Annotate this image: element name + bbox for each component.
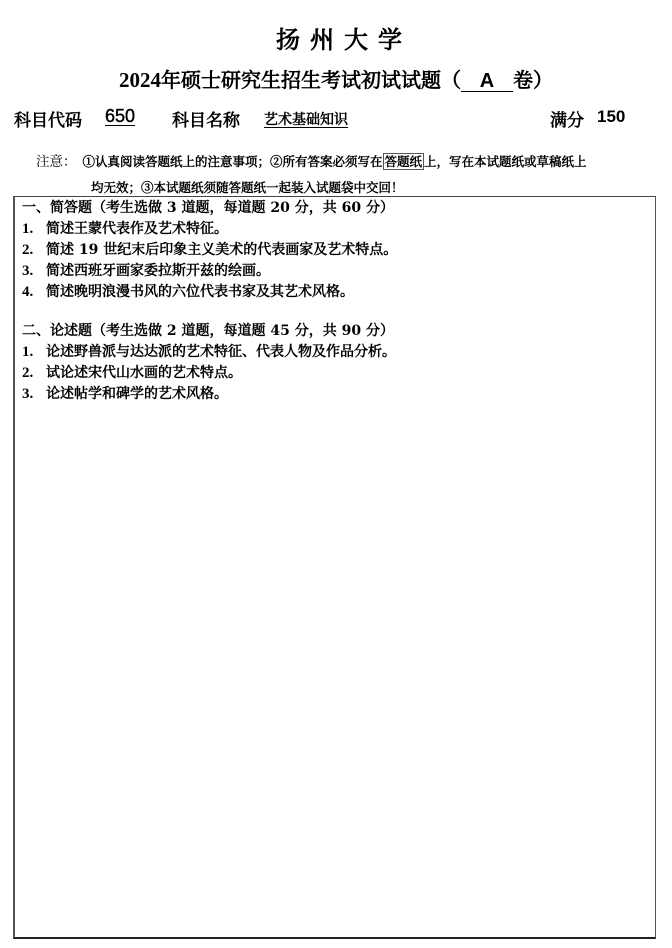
question-text: 论述帖学和碑学的艺术风格。 bbox=[46, 384, 228, 405]
question-number: 1. bbox=[22, 219, 46, 240]
question-item: 2. 试论述宋代山水画的艺术特点。 bbox=[22, 363, 396, 384]
question-text: 简述 19 世纪末后印象主义美术的代表画家及艺术特点。 bbox=[46, 240, 397, 261]
section-heading: 一、简答题（考生选做 3 道题，每道题 20 分，共 60 分） bbox=[22, 198, 397, 219]
notice-label: 注意： bbox=[36, 154, 77, 170]
notice-text-a: ①认真阅读答题纸上的注意事项；②所有答案必须写在 bbox=[83, 154, 383, 169]
notice-text-b: 上，写在本试题纸或草稿纸上 bbox=[424, 154, 587, 169]
exam-year: 2024 bbox=[119, 68, 161, 92]
question-item: 4. 简述晚明浪漫书风的六位代表书家及其艺术风格。 bbox=[22, 282, 397, 303]
question-number: 3. bbox=[22, 384, 46, 405]
question-item: 1. 论述野兽派与达达派的艺术特征、代表人物及作品分析。 bbox=[22, 342, 396, 363]
question-number: 2. bbox=[22, 240, 46, 261]
exam-title-suffix: 卷） bbox=[513, 68, 553, 92]
question-text: 简述王蒙代表作及艺术特征。 bbox=[46, 219, 228, 240]
question-number: 1. bbox=[22, 342, 46, 363]
question-item: 3. 简述西班牙画家委拉斯开兹的绘画。 bbox=[22, 261, 397, 282]
notice-boxed-word: 答题纸 bbox=[383, 153, 425, 170]
question-text: 试论述宋代山水画的艺术特点。 bbox=[46, 363, 242, 384]
question-number: 3. bbox=[22, 261, 46, 282]
question-item: 2. 简述 19 世纪末后印象主义美术的代表画家及艺术特点。 bbox=[22, 240, 397, 261]
notice-line-2: 均无效；③本试题纸须随答题纸一起装入试题袋中交回！ bbox=[91, 178, 404, 196]
question-item: 3. 论述帖学和碑学的艺术风格。 bbox=[22, 384, 396, 405]
question-number: 2. bbox=[22, 363, 46, 384]
question-box: 一、简答题（考生选做 3 道题，每道题 20 分，共 60 分） 1. 简述王蒙… bbox=[13, 196, 656, 939]
question-number: 4. bbox=[22, 282, 46, 303]
section-short-answer: 一、简答题（考生选做 3 道题，每道题 20 分，共 60 分） 1. 简述王蒙… bbox=[22, 198, 397, 303]
exam-title-main: 年硕士研究生招生考试初试试题（ bbox=[161, 68, 461, 92]
section-heading: 二、论述题（考生选做 2 道题，每道题 45 分，共 90 分） bbox=[22, 321, 396, 342]
full-score-label: 满分 bbox=[550, 106, 584, 131]
subject-name: 艺术基础知识 bbox=[264, 109, 348, 129]
section-essay: 二、论述题（考生选做 2 道题，每道题 45 分，共 90 分） 1. 论述野兽… bbox=[22, 321, 396, 405]
question-text: 论述野兽派与达达派的艺术特征、代表人物及作品分析。 bbox=[46, 342, 396, 363]
exam-title: 2024年硕士研究生招生考试初试试题（A卷） bbox=[0, 64, 672, 93]
question-item: 1. 简述王蒙代表作及艺术特征。 bbox=[22, 219, 397, 240]
university-title: 扬州大学 bbox=[0, 20, 672, 55]
paper-version: A bbox=[461, 71, 513, 92]
subject-code-label: 科目代码 bbox=[14, 106, 82, 131]
subject-name-label: 科目名称 bbox=[172, 106, 240, 131]
subject-code: 650 bbox=[105, 106, 135, 127]
question-text: 简述西班牙画家委拉斯开兹的绘画。 bbox=[46, 261, 270, 282]
notice-line-1: 注意：①认真阅读答题纸上的注意事项；②所有答案必须写在答题纸上，写在本试题纸或草… bbox=[36, 150, 587, 170]
full-score: 150 bbox=[597, 107, 625, 127]
question-text: 简述晚明浪漫书风的六位代表书家及其艺术风格。 bbox=[46, 282, 354, 303]
